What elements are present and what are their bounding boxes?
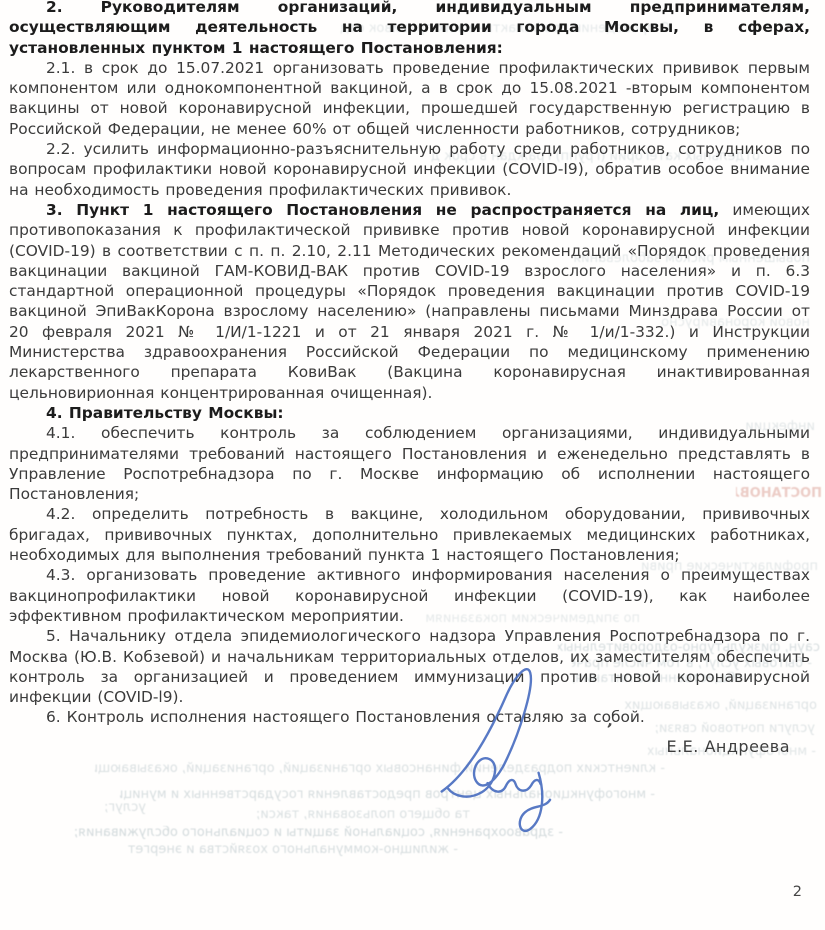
signer-name: Е.Е. Андреева bbox=[666, 737, 790, 756]
paragraph-text: 4.3. организовать проведение активного и… bbox=[9, 566, 810, 625]
paragraph-10: 6. Контроль исполнения настоящего Постан… bbox=[9, 707, 810, 727]
paragraph-8: 4.3. организовать проведение активного и… bbox=[9, 565, 810, 626]
bleedthrough-line: та общего пользования, такси; bbox=[140, 808, 470, 822]
paragraph-text: 4.2. определить потребность в вакцине, х… bbox=[9, 505, 810, 564]
bleedthrough-line: - жилищно-коммунального хозяйства и энер… bbox=[128, 843, 458, 857]
paragraph-2: 2.1. в срок до 15.07.2021 организовать п… bbox=[9, 58, 810, 139]
paragraph-bold-text: 4. Правительству Москвы: bbox=[46, 404, 284, 422]
paragraph-text: 2.2. усилить информационно-разъяснительн… bbox=[9, 140, 810, 199]
signature-ink bbox=[425, 656, 575, 854]
paragraph-9: 5. Начальнику отдела эпидемиологического… bbox=[9, 626, 810, 707]
paragraph-text: 5. Начальнику отдела эпидемиологического… bbox=[9, 627, 810, 706]
paragraph-bold-text: 2. Руководителям организаций, индивидуал… bbox=[9, 0, 810, 57]
paragraph-text: имеющих противопоказания к профилактичес… bbox=[9, 201, 810, 402]
paragraph-text: 4.1. обеспечить контроль за соблюдением … bbox=[9, 424, 810, 503]
paragraph-7: 4.2. определить потребность в вакцине, х… bbox=[9, 504, 810, 565]
paragraph-text: 2.1. в срок до 15.07.2021 организовать п… bbox=[9, 59, 810, 138]
document-page: О проведении профилактических прививок о… bbox=[0, 0, 825, 930]
paragraph-5: 4. Правительству Москвы: bbox=[9, 403, 810, 423]
bleedthrough-line: услуг; bbox=[76, 801, 146, 815]
paragraph-6: 4.1. обеспечить контроль за соблюдением … bbox=[9, 423, 810, 504]
paragraph-bold-text: 3. Пункт 1 настоящего Постановления не р… bbox=[46, 201, 719, 219]
paragraph-1: 2. Руководителям организаций, индивидуал… bbox=[9, 0, 810, 58]
paragraph-3: 2.2. усилить информационно-разъяснительн… bbox=[9, 139, 810, 200]
bleedthrough-line: - клиентских подразделений финансовых ор… bbox=[95, 762, 665, 776]
page-number: 2 bbox=[793, 884, 802, 900]
document-body: 2. Руководителям организаций, индивидуал… bbox=[9, 0, 810, 728]
paragraph-4: 3. Пункт 1 настоящего Постановления не р… bbox=[9, 200, 810, 403]
